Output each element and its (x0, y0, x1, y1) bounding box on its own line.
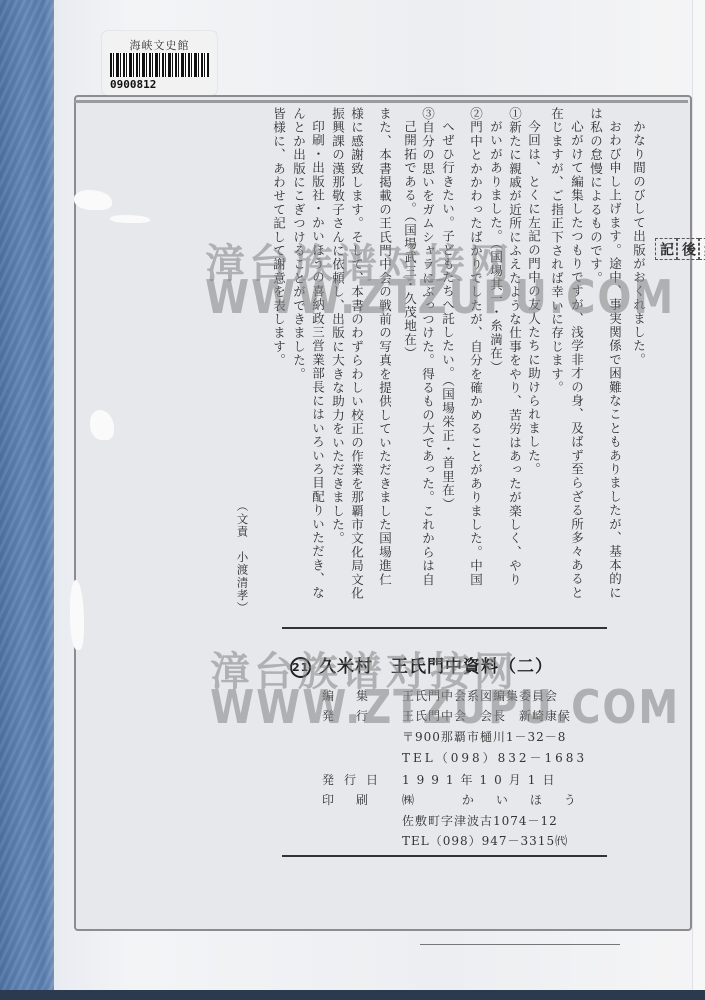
library-name: 海峡文史館 (102, 37, 217, 53)
colophon-value: ㈱ かいほう (402, 791, 598, 808)
afterword-line: ③自分の思いをガムシャラにぶっつけた。得るもの大であった。これからは自 (421, 107, 434, 587)
barcode-number: 0900812 (110, 78, 156, 91)
afterword-line: へぜひ行きたい。子どもたちへ託したい。（国場栄正・首里在） (441, 120, 454, 511)
afterword-line: んとか出版にこぎつけることができました。 (292, 107, 305, 381)
afterword-line: 印刷・出版社・かいほうの喜納政三営業部長にはいろいろ目配りいただき、な (311, 120, 324, 600)
afterword-line: かなり間のびして出版がおくれました。 (632, 120, 645, 367)
heading-char: 記 (655, 238, 677, 260)
colophon-value: 王氏門中会系図編集委員会 (402, 687, 558, 704)
scan-bottom-edge (0, 990, 705, 1000)
colophon-label: 発行日 (322, 771, 402, 788)
afterword-line: 皆様に、あわせて記して謝意を表します。 (272, 107, 285, 367)
heading-char: 集 (699, 238, 705, 260)
afterword-line: は私の怠慢によるものです。 (589, 107, 602, 285)
afterword-line: 今回は、とくに左記の門中の友人たちに助けられました。 (527, 120, 540, 476)
heading-char: 後 (677, 238, 699, 260)
colophon-label: 編集 (322, 687, 402, 704)
blue-binding-spine (0, 0, 54, 1000)
colophon-value: 王氏門中会 会長 新崎康侯 (402, 707, 571, 724)
colophon-label: 発行 (322, 707, 402, 724)
page-bottom-rule (420, 944, 620, 945)
afterword-signature: （文責 小渡清孝） (236, 500, 248, 614)
barcode-icon (110, 53, 209, 77)
paper-tear-mark (110, 215, 150, 223)
colophon-value: TEL（098）947－3315㈹ (402, 832, 568, 849)
colophon-value: TEL（098）832－1683 (402, 749, 587, 766)
book-title-text: 久米村 王氏門中資料（二） (319, 657, 553, 677)
colophon-value: 佐敷町字津波古1074－12 (402, 812, 558, 829)
volume-number-badge: 21 (290, 657, 311, 678)
colophon-top-rule (282, 627, 607, 629)
afterword-line: 心がけて編集したつもりですが、浅学非才の身、及ばず至らざる所多々あると (570, 120, 583, 600)
top-rule (74, 100, 688, 103)
afterword-line: また、本書掲載の王氏門中会の戦前の写真を提供していただきました国場進仁 (378, 107, 391, 587)
colophon-value: 〒900那覇市樋川1－32－8 (402, 728, 566, 745)
afterword-line: 己開拓である。（国場武三・久茂地在） (403, 120, 416, 360)
afterword-line: おわび申し上げます。途中、事実関係で困難なこともありましたが、基本的に (608, 120, 621, 600)
colophon-value: 1991年10月1日 (402, 771, 561, 788)
colophon-label: 印刷 (322, 791, 402, 808)
afterword-heading: 編 集 後 記 (655, 238, 705, 266)
colophon-bottom-rule (282, 855, 607, 857)
afterword-line: 様に感謝致します。そして、本書のわずらわしい校正の作業を那覇市文化局文化 (350, 107, 363, 600)
afterword-line: がいがありました。（国場其一・糸満在） (489, 120, 502, 374)
afterword-line: ②門中とかかわったばかりでしたが、自分を確かめることがありました。中国 (469, 107, 482, 587)
library-barcode-label: 海峡文史館 0900812 (102, 31, 217, 95)
paper-edge (692, 0, 705, 1000)
afterword-line: 振興課の漢那敬子さんに依頼し、出版に大きな助力をいただきました。 (331, 107, 344, 545)
book-title: 21久米村 王氏門中資料（二） (290, 652, 553, 678)
afterword-line: 在じますが、ご指正下されば幸いに存じます。 (550, 107, 563, 395)
afterword-line: ①新たに親戚が近所にふえたような仕事をやり、苦労はあったが楽しく、やり (508, 107, 521, 587)
